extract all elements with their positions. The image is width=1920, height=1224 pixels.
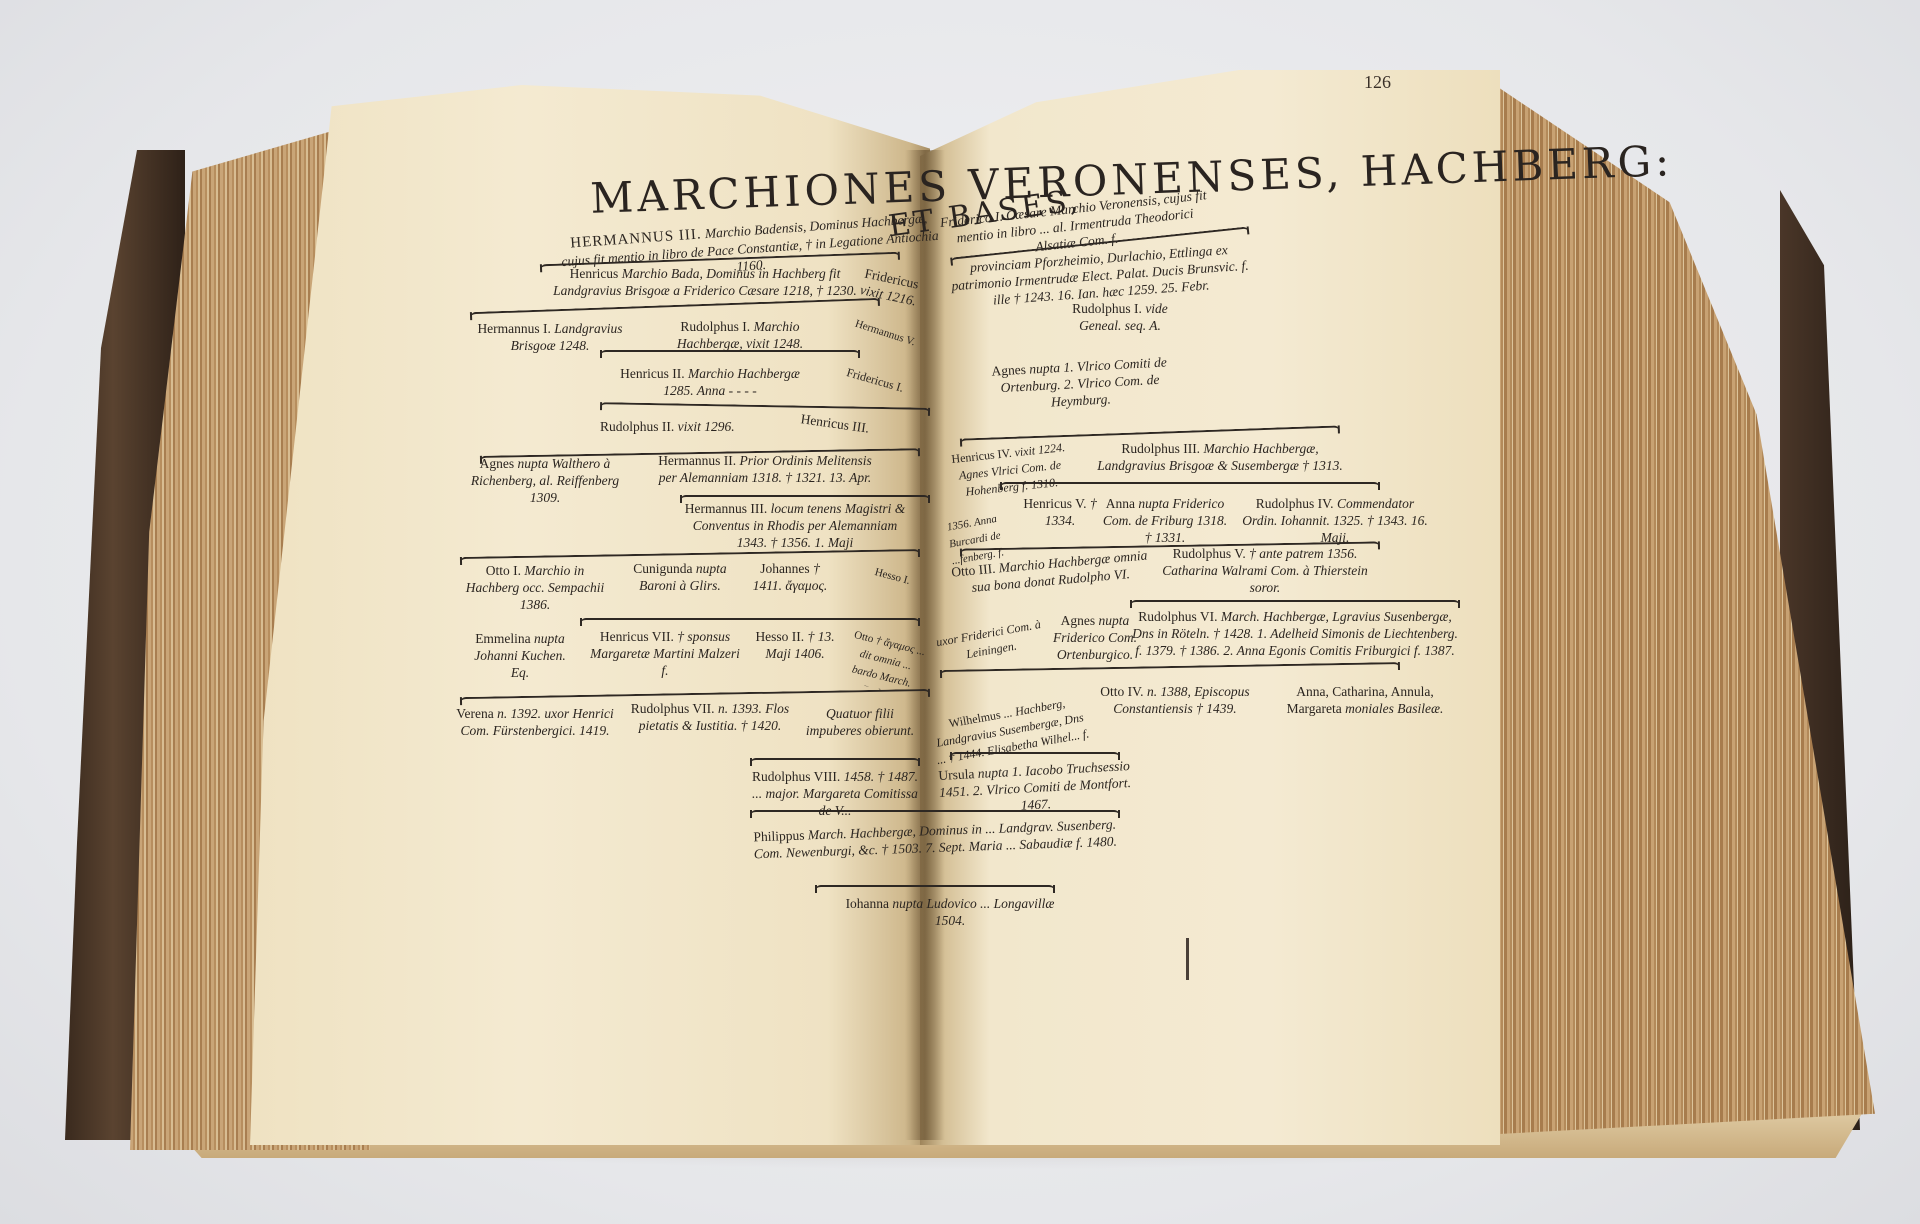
genealogy-entry: Henricus Marchio Bada, Dominus in Hachbe… bbox=[540, 265, 870, 299]
genealogy-entry: Rudolphus VI. March. Hachbergæ, Lgravius… bbox=[1130, 608, 1460, 659]
genealogy-entry: Anna, Catharina, Annula, Margareta monia… bbox=[1280, 683, 1450, 717]
genealogy-entry: Johannes † 1411. ἄγαμος. bbox=[745, 560, 835, 594]
genealogy-entry: Hermannus II. Prior Ordinis Melitensis p… bbox=[650, 452, 880, 486]
genealogy-entry: Henricus VII. † sponsus Margaretæ Martin… bbox=[585, 628, 745, 679]
genealogy-entry: Rudolphus III. Marchio Hachbergæ, Landgr… bbox=[1095, 440, 1345, 474]
genealogy-entry: Agnes nupta 1. Vlrico Comiti de Ortenbur… bbox=[979, 353, 1181, 414]
genealogy-entry: Rudolphus IV. Commendator Ordin. Iohanni… bbox=[1240, 495, 1430, 546]
page-number: 126 bbox=[1364, 72, 1391, 93]
genealogy-entry: Anna nupta Friderico Com. de Friburg 131… bbox=[1100, 495, 1230, 546]
genealogy-entry: Quatuor filii impuberes obierunt. bbox=[805, 705, 915, 739]
genealogy-entry: Rudolphus V. † ante patrem 1356. Cathari… bbox=[1150, 545, 1380, 596]
genealogy-entry: Henricus II. Marchio Hachbergæ 1285. Ann… bbox=[605, 365, 815, 399]
genealogy-entry: Hermannus I. Landgravius Brisgoæ 1248. bbox=[470, 320, 630, 354]
genealogy-entry: Cunigunda nupta Baroni à Glirs. bbox=[620, 560, 740, 594]
genealogy-entry: Rudolphus II. vixit 1296. bbox=[600, 418, 730, 435]
genealogy-entry: Rudolphus I. Marchio Hachbergæ, vixit 12… bbox=[650, 318, 830, 352]
genealogy-entry: Emmelina nupta Johanni Kuchen. Eq. bbox=[465, 630, 575, 681]
genealogy-entry: Rudolphus VII. n. 1393. Flos pietatis & … bbox=[620, 700, 800, 734]
genealogy-entry: Verena n. 1392. uxor Henrici Com. Fürste… bbox=[455, 705, 615, 739]
genealogy-entry: Otto I. Marchio in Hachberg occ. Sempach… bbox=[460, 562, 610, 613]
genealogy-entry: Agnes nupta Walthero à Richenberg, al. R… bbox=[455, 455, 635, 506]
genealogy-entry: Rudolphus VIII. 1458. † 1487. ... major.… bbox=[750, 768, 920, 819]
genealogy-entry: Hermannus III. locum tenens Magistri & C… bbox=[680, 500, 910, 551]
genealogy-entry: Henricus V. † 1334. bbox=[1020, 495, 1100, 529]
genealogy-entry: Otto IV. n. 1388, Episcopus Constantiens… bbox=[1100, 683, 1250, 717]
genealogy-entry: Ursula nupta 1. Iacobo Truchsessio 1451.… bbox=[934, 757, 1136, 818]
ink-mark bbox=[1186, 938, 1189, 980]
genealogy-entry: Rudolphus I. vide Geneal. seq. A. bbox=[1060, 300, 1180, 334]
genealogy-entry: Iohanna nupta Ludovico ... Longavillæ 15… bbox=[835, 895, 1065, 929]
genealogy-entry: Hesso II. † 13. Maji 1406. bbox=[750, 628, 840, 662]
